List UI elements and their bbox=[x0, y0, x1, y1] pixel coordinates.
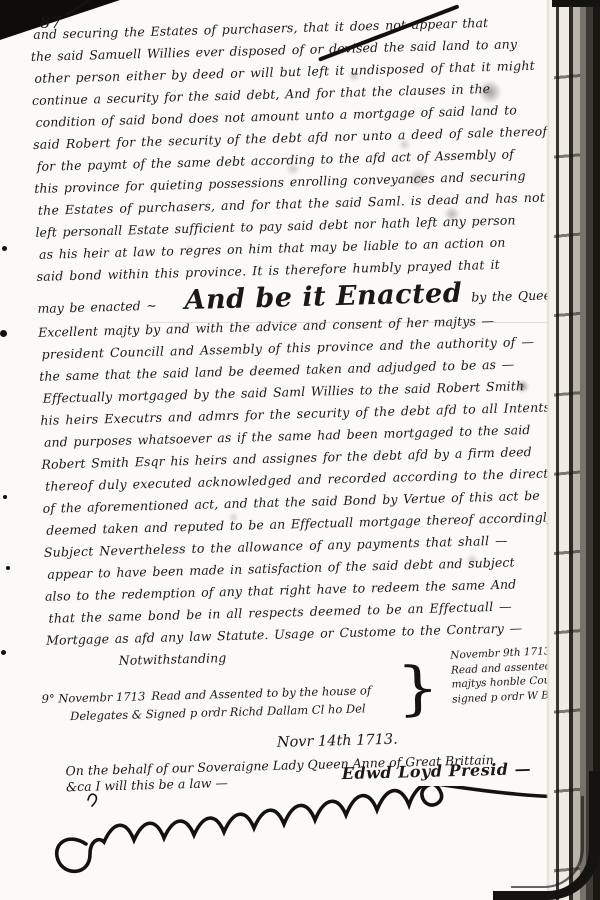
ink-speck bbox=[6, 566, 10, 570]
manuscript-page: 87 and securing the Estates of purchaser… bbox=[0, 0, 600, 900]
page-curl-corner-inner bbox=[511, 796, 584, 888]
ink-speck bbox=[1, 650, 6, 655]
ink-smudge bbox=[286, 162, 300, 176]
ink-smudge bbox=[466, 554, 478, 566]
ink-smudge bbox=[478, 80, 502, 104]
ink-smudge bbox=[516, 380, 529, 393]
ink-speck bbox=[3, 495, 7, 499]
binding-stitches bbox=[554, 0, 580, 900]
attestation-block: 9° Novembr 1713Read and Assented to by t… bbox=[47, 662, 565, 805]
attestation-delegates: 9° Novembr 1713Read and Assented to by t… bbox=[41, 681, 402, 726]
ink-smudge bbox=[348, 70, 360, 82]
assent-date: Novr 14th 1713. bbox=[277, 731, 398, 752]
binding-top-cap bbox=[552, 0, 600, 7]
ink-smudge bbox=[444, 206, 460, 222]
ink-smudge bbox=[228, 512, 239, 523]
book-binding-edge bbox=[546, 0, 600, 900]
ink-speck bbox=[0, 330, 7, 337]
ink-smudge bbox=[408, 168, 428, 188]
ink-smudge bbox=[184, 244, 194, 254]
ink-speck bbox=[2, 246, 7, 251]
ink-smudge bbox=[398, 138, 411, 151]
manuscript-text-block: and securing the Estates of purchasers, … bbox=[30, 11, 565, 806]
curly-brace: } bbox=[396, 652, 440, 725]
attestation-delegates-date: 9° Novembr 1713 bbox=[41, 689, 145, 706]
